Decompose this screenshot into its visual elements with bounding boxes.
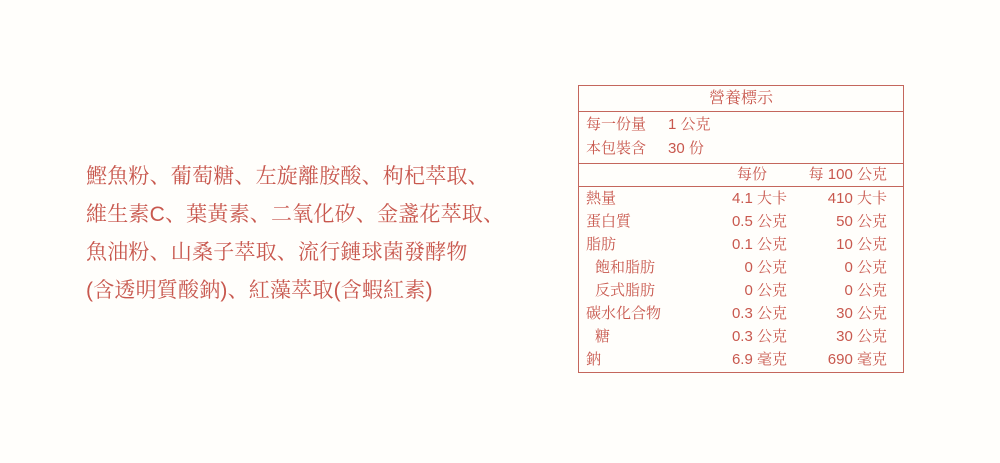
serving-info-section: 每一份量 1 公克 本包裝含 30 份 [579,112,903,164]
servings-per-package-row: 本包裝含 30 份 [586,137,887,161]
nutrition-row-calories: 熱量 4.1 大卡 410 大卡 [579,187,903,210]
servings-per-package-label: 本包裝含 [586,137,668,161]
nutrition-row-sugar: 糖 0.3 公克 30 公克 [579,325,903,348]
per-serving-value: 4.1 大卡 [667,187,787,210]
per-serving-value: 0.3 公克 [667,302,787,325]
nutrient-label: 鈉 [586,348,667,371]
nutrient-label: 碳水化合物 [586,302,667,325]
per-100g-column-header: 每 100 公克 [787,164,887,186]
ingredients-line: (含透明質酸鈉)、紅藻萃取(含蝦紅素) [86,272,496,310]
per-100g-value: 50 公克 [787,210,887,233]
serving-size-row: 每一份量 1 公克 [586,113,887,137]
serving-size-value: 1 公克 [668,113,887,137]
ingredients-text: 鰹魚粉、葡萄糖、左旋離胺酸、枸杞萃取、 維生素C、葉黃素、二氧化矽、金盞花萃取、… [86,158,496,310]
nutrition-row-protein: 蛋白質 0.5 公克 50 公克 [579,210,903,233]
per-100g-value: 30 公克 [787,325,887,348]
per-serving-value: 0.1 公克 [667,233,787,256]
nutrition-row-fat: 脂肪 0.1 公克 10 公克 [579,233,903,256]
nutrition-table-title: 營養標示 [579,86,903,112]
column-header-row: 每份 每 100 公克 [579,164,903,187]
nutrition-row-saturated-fat: 飽和脂肪 0 公克 0 公克 [579,256,903,279]
product-label-panel: 鰹魚粉、葡萄糖、左旋離胺酸、枸杞萃取、 維生素C、葉黃素、二氧化矽、金盞花萃取、… [0,0,1000,463]
nutrition-row-trans-fat: 反式脂肪 0 公克 0 公克 [579,279,903,302]
per-100g-value: 0 公克 [787,256,887,279]
ingredients-line: 維生素C、葉黃素、二氧化矽、金盞花萃取、 [86,196,496,234]
per-serving-value: 0.5 公克 [667,210,787,233]
per-serving-value: 6.9 毫克 [667,348,787,371]
per-serving-value: 0 公克 [667,279,787,302]
nutrient-label: 蛋白質 [586,210,667,233]
nutrient-label: 反式脂肪 [586,279,667,302]
per-100g-value: 410 大卡 [787,187,887,210]
ingredients-line: 魚油粉、山桑子萃取、流行鏈球菌發酵物 [86,234,496,272]
nutrition-facts-table: 營養標示 每一份量 1 公克 本包裝含 30 份 每份 每 100 公克 熱量 … [578,85,904,373]
per-100g-value: 0 公克 [787,279,887,302]
nutrition-row-sodium: 鈉 6.9 毫克 690 毫克 [579,348,903,371]
per-100g-value: 690 毫克 [787,348,887,371]
ingredients-line: 鰹魚粉、葡萄糖、左旋離胺酸、枸杞萃取、 [86,158,496,196]
per-serving-value: 0 公克 [667,256,787,279]
servings-per-package-value: 30 份 [668,137,887,161]
per-serving-column-header: 每份 [667,164,787,186]
nutrient-label: 熱量 [586,187,667,210]
nutrition-row-carbohydrate: 碳水化合物 0.3 公克 30 公克 [579,302,903,325]
serving-size-label: 每一份量 [586,113,668,137]
nutrient-label: 飽和脂肪 [586,256,667,279]
nutrition-table-body: 熱量 4.1 大卡 410 大卡 蛋白質 0.5 公克 50 公克 脂肪 0.1… [579,187,903,372]
per-serving-value: 0.3 公克 [667,325,787,348]
per-100g-value: 10 公克 [787,233,887,256]
nutrient-column-spacer [586,164,667,186]
per-100g-value: 30 公克 [787,302,887,325]
nutrient-label: 脂肪 [586,233,667,256]
nutrient-label: 糖 [586,325,667,348]
